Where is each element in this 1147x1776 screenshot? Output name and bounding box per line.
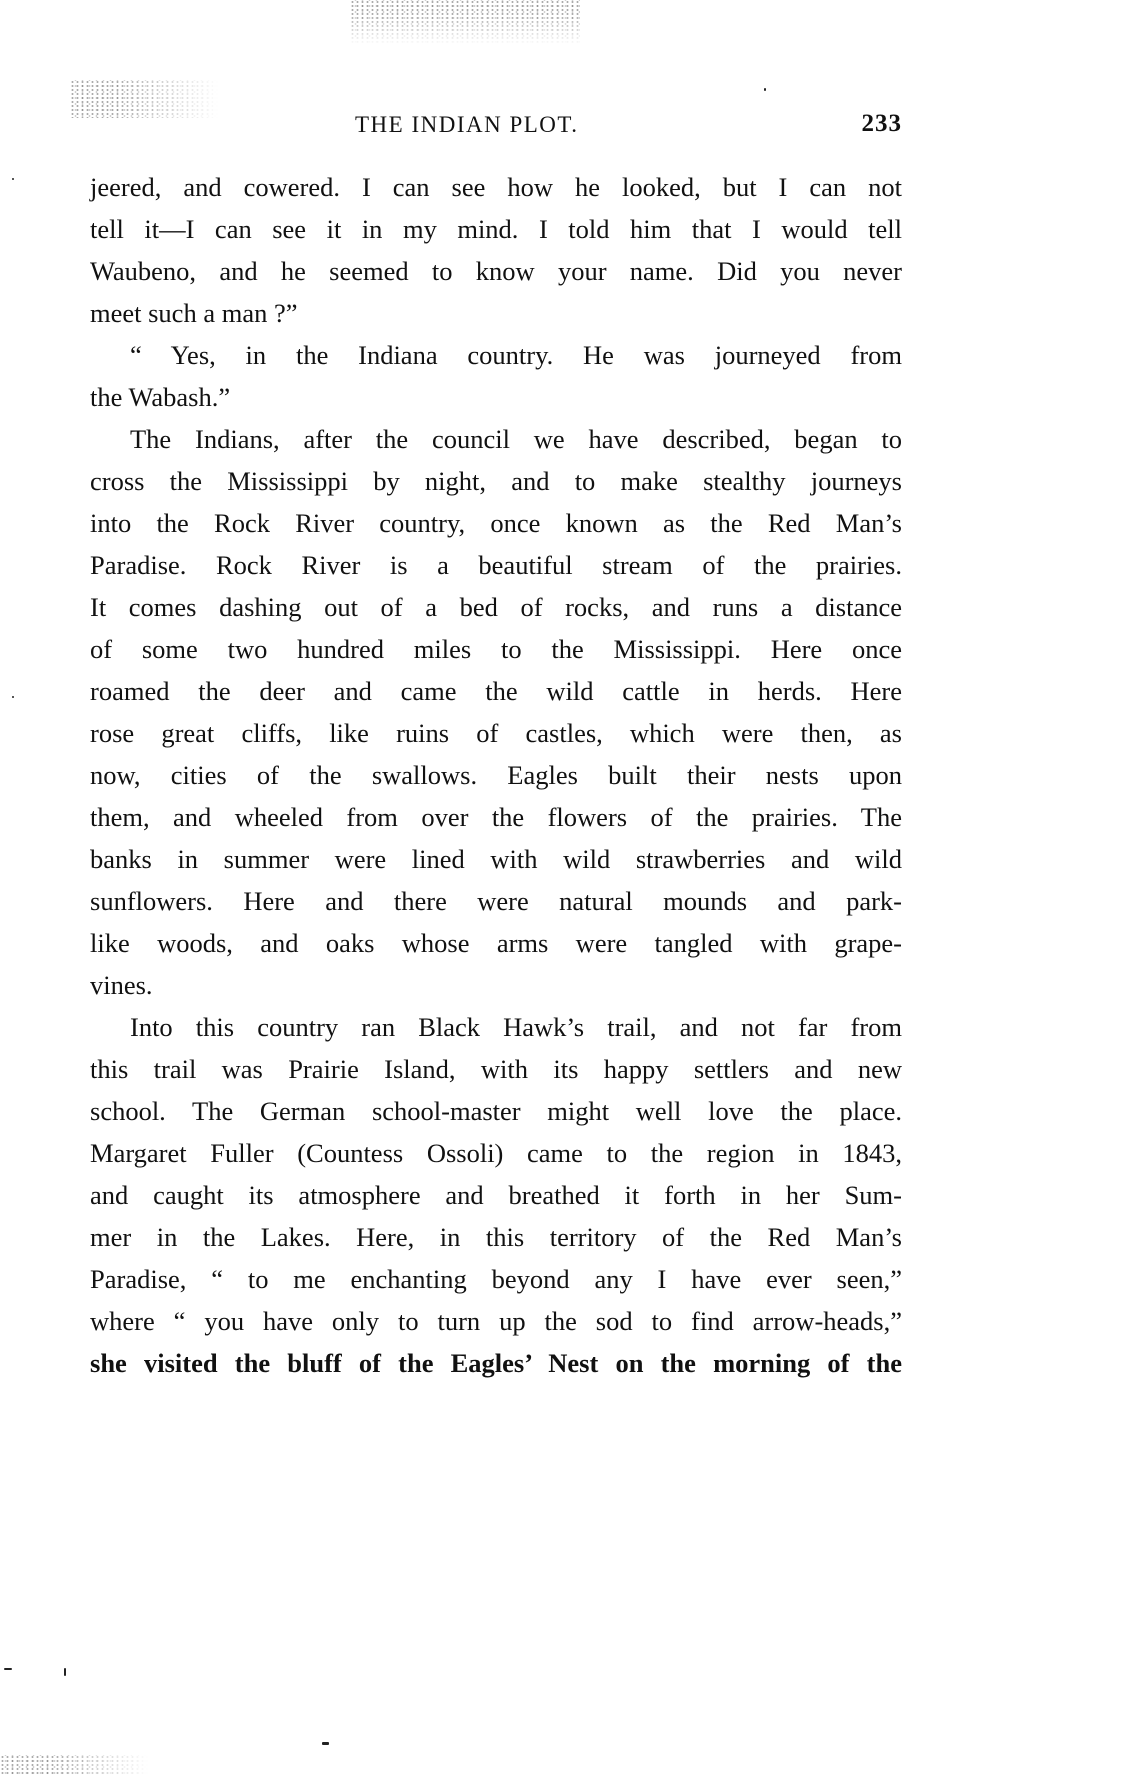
text-line: banks in summer were lined with wild str… — [90, 838, 902, 880]
text-line: “ Yes, in the Indiana country. He was jo… — [90, 334, 902, 376]
body-text: jeered, and cowered. I can see how he lo… — [90, 166, 902, 1384]
text-line: Waubeno, and he seemed to know your name… — [90, 250, 902, 292]
text-line: them, and wheeled from over the flowers … — [90, 796, 902, 838]
text-line: like woods, and oaks whose arms were tan… — [90, 922, 902, 964]
text-line: sunflowers. Here and there were natural … — [90, 880, 902, 922]
running-head: THE INDIAN PLOT. 233 — [90, 112, 902, 148]
text-line: Paradise, “ to me enchanting beyond any … — [90, 1258, 902, 1300]
text-line: vines. — [90, 964, 902, 1006]
text-line: tell it—I can see it in my mind. I told … — [90, 208, 902, 250]
text-line: into the Rock River country, once known … — [90, 502, 902, 544]
text-line: meet such a man ?” — [90, 292, 902, 334]
scan-speck — [64, 1668, 66, 1676]
scan-speck — [322, 1742, 329, 1745]
scanned-book-page: THE INDIAN PLOT. 233 jeered, and cowered… — [0, 0, 1147, 1776]
text-line: she visited the bluff of the Eagles’ Nes… — [90, 1342, 902, 1384]
scan-speck — [4, 1668, 12, 1670]
text-line: jeered, and cowered. I can see how he lo… — [90, 166, 902, 208]
running-title: THE INDIAN PLOT. — [355, 112, 579, 138]
text-line: now, cities of the swallows. Eagles buil… — [90, 754, 902, 796]
text-line: school. The German school-master might w… — [90, 1090, 902, 1132]
text-line: It comes dashing out of a bed of rocks, … — [90, 586, 902, 628]
text-line: Into this country ran Black Hawk’s trail… — [90, 1006, 902, 1048]
text-line: this trail was Prairie Island, with its … — [90, 1048, 902, 1090]
scan-speck — [12, 178, 14, 180]
text-line: where “ you have only to turn up the sod… — [90, 1300, 902, 1342]
text-line: Paradise. Rock River is a beautiful stre… — [90, 544, 902, 586]
text-line: of some two hundred miles to the Mississ… — [90, 628, 902, 670]
text-line: mer in the Lakes. Here, in this territor… — [90, 1216, 902, 1258]
text-line: rose great cliffs, like ruins of castles… — [90, 712, 902, 754]
scan-artifact-top — [350, 0, 580, 45]
scan-artifact-bottom-left — [0, 1755, 150, 1776]
scan-speck — [12, 696, 14, 698]
text-line: and caught its atmosphere and breathed i… — [90, 1174, 902, 1216]
text-line: the Wabash.” — [90, 376, 902, 418]
text-line: roamed the deer and came the wild cattle… — [90, 670, 902, 712]
page-number: 233 — [862, 110, 903, 138]
text-line: The Indians, after the council we have d… — [90, 418, 902, 460]
text-line: cross the Mississippi by night, and to m… — [90, 460, 902, 502]
scan-speck — [764, 88, 766, 91]
text-line: Margaret Fuller (Countess Ossoli) came t… — [90, 1132, 902, 1174]
